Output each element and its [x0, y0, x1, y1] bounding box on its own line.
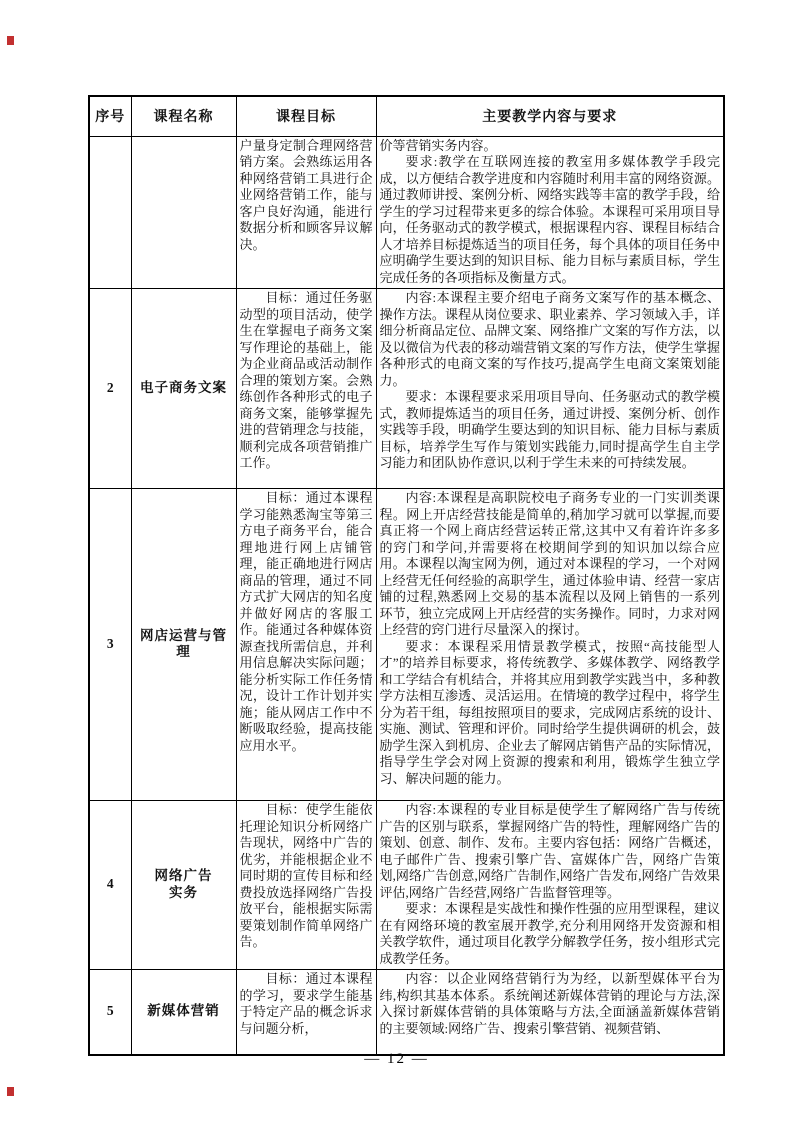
course-no: 4: [89, 801, 131, 970]
content-paragraph: 价等营销实务内容。: [380, 138, 721, 155]
course-objective-cell: 目标：使学生能依托理论知识分析网络广告现状，网络中广告的优劣，并能根据企业不同时…: [236, 801, 376, 970]
table-row-continuation: 户量身定制合理网络营销方案。会熟练运用各种网络营销工具进行企业网络营销工作，能与…: [89, 136, 724, 289]
content-paragraph: 内容:本课程主要介绍电子商务文案写作的基本概念、操作方法。课程从岗位要求、职业素…: [380, 290, 721, 389]
course-no: [89, 136, 131, 289]
content-paragraph: 内容：以企业网络营销行为为经，以新型媒体平台为纬,构织其基本体系。系统阐述新媒体…: [380, 971, 721, 1037]
course-name: 新媒体营销: [131, 970, 236, 1055]
table-header-row: 序号 课程名称 课程目标 主要教学内容与要求: [89, 96, 724, 136]
table-row-course-2: 2 电子商务文案 目标：通过任务驱动型的项目活动，使学生在掌握电子商务文案写作理…: [89, 289, 724, 489]
course-no: 5: [89, 970, 131, 1055]
course-objective-cell: 目标：通过任务驱动型的项目活动，使学生在掌握电子商务文案写作理论的基础上，能为企…: [236, 289, 376, 489]
course-table: 序号 课程名称 课程目标 主要教学内容与要求 户量身定制合理网络营销方案。会熟练…: [88, 95, 725, 1056]
course-objective-cell: 目标：通过本课程的学习，要求学生能基于特定产品的概念诉求与问题分析，: [236, 970, 376, 1055]
course-name: [131, 136, 236, 289]
course-objective-cell: 户量身定制合理网络营销方案。会熟练运用各种网络营销工具进行企业网络营销工作，能与…: [236, 136, 376, 289]
course-no: 2: [89, 289, 131, 489]
document-page: 序号 课程名称 课程目标 主要教学内容与要求 户量身定制合理网络营销方案。会熟练…: [0, 0, 793, 1122]
course-content-cell: 内容:本课程主要介绍电子商务文案写作的基本概念、操作方法。课程从岗位要求、职业素…: [376, 289, 724, 489]
header-course-name: 课程名称: [131, 96, 236, 136]
course-name: 网络广告 实务: [131, 801, 236, 970]
course-name: 网店运营与管理: [131, 489, 236, 801]
objective-paragraph: 目标：通过本课程的学习，要求学生能基于特定产品的概念诉求与问题分析，: [240, 971, 373, 1037]
page-number-footer: — 12 —: [0, 1051, 793, 1068]
red-scan-artifact: [7, 1087, 14, 1096]
table-row-course-3: 3 网店运营与管理 目标：通过本课程学习能熟悉淘宝等第三方电子商务平台，能合理地…: [89, 489, 724, 801]
content-paragraph: 要求：本课程是实战性和操作性强的应用型课程，建议在有网络环境的教室展开教学,充分…: [380, 901, 721, 967]
content-paragraph: 要求:教学在互联网连接的教室用多媒体教学手段完成，以方便结合教学进度和内容随时利…: [380, 154, 721, 286]
content-paragraph: 内容:本课程的专业目标是使学生了解网络广告与传统广告的区别与联系，掌握网络广告的…: [380, 802, 721, 901]
objective-paragraph: 目标：通过任务驱动型的项目活动，使学生在掌握电子商务文案写作理论的基础上，能为企…: [240, 290, 373, 472]
header-teaching-content: 主要教学内容与要求: [376, 96, 724, 136]
content-paragraph: 要求：本课程要求采用项目导向、任务驱动式的教学模式，教师提炼适当的项目任务，通过…: [380, 389, 721, 472]
table-row-course-5: 5 新媒体营销 目标：通过本课程的学习，要求学生能基于特定产品的概念诉求与问题分…: [89, 970, 724, 1055]
table-row-course-4: 4 网络广告 实务 目标：使学生能依托理论知识分析网络广告现状，网络中广告的优劣…: [89, 801, 724, 970]
header-course-objective: 课程目标: [236, 96, 376, 136]
objective-paragraph: 户量身定制合理网络营销方案。会熟练运用各种网络营销工具进行企业网络营销工作，能与…: [240, 138, 373, 254]
course-content-cell: 内容：以企业网络营销行为为经，以新型媒体平台为纬,构织其基本体系。系统阐述新媒体…: [376, 970, 724, 1055]
course-objective-cell: 目标：通过本课程学习能熟悉淘宝等第三方电子商务平台，能合理地进行网上店铺管理，能…: [236, 489, 376, 801]
course-name: 电子商务文案: [131, 289, 236, 489]
content-paragraph: 内容:本课程是高职院校电子商务专业的一门实训类课程。网上开店经营技能是简单的,稍…: [380, 490, 721, 639]
course-content-cell: 价等营销实务内容。 要求:教学在互联网连接的教室用多媒体教学手段完成，以方便结合…: [376, 136, 724, 289]
header-no: 序号: [89, 96, 131, 136]
objective-paragraph: 目标：通过本课程学习能熟悉淘宝等第三方电子商务平台，能合理地进行网上店铺管理，能…: [240, 490, 373, 754]
red-scan-artifact: [7, 36, 14, 45]
objective-paragraph: 目标：使学生能依托理论知识分析网络广告现状，网络中广告的优劣，并能根据企业不同时…: [240, 802, 373, 951]
content-paragraph: 要求：本课程采用情景教学模式，按照“高技能型人才”的培养目标要求，将传统教学、多…: [380, 639, 721, 788]
course-content-cell: 内容:本课程的专业目标是使学生了解网络广告与传统广告的区别与联系，掌握网络广告的…: [376, 801, 724, 970]
course-content-cell: 内容:本课程是高职院校电子商务专业的一门实训类课程。网上开店经营技能是简单的,稍…: [376, 489, 724, 801]
course-no: 3: [89, 489, 131, 801]
